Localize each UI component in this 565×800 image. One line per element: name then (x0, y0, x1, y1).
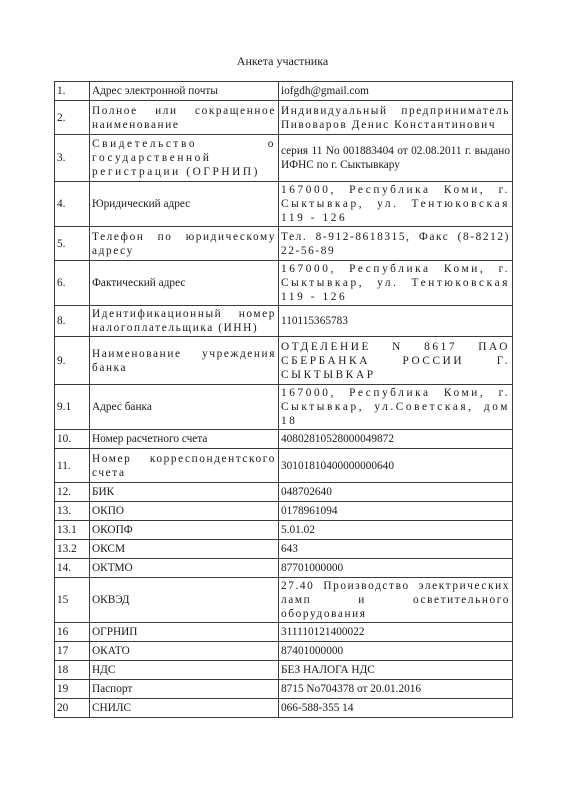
field-label: ОКВЭД (90, 578, 279, 623)
field-value: 8715 No704378 от 20.01.2016 (279, 680, 513, 699)
field-value: Тел. 8-912-8618315, Факс (8-8212) 22-56-… (279, 227, 513, 261)
field-value: 0178961094 (279, 502, 513, 521)
row-number: 14. (55, 559, 90, 578)
field-value: 27.40 Производство электрических ламп и … (279, 578, 513, 623)
field-value: ОТДЕЛЕНИЕ N 8617 ПАО СБЕРБАНКА РОССИИ Г.… (279, 337, 513, 385)
field-value: 167000, Республика Коми, г. Сыктывкар, у… (279, 385, 513, 430)
table-row: 18НДСБЕЗ НАЛОГА НДС (55, 661, 513, 680)
table-row: 17ОКАТО87401000000 (55, 642, 513, 661)
field-label: Наименование учреждения банка (90, 337, 279, 385)
row-number: 1. (55, 82, 90, 101)
row-number: 13. (55, 502, 90, 521)
document-title: Анкета участника (0, 54, 565, 68)
row-number: 9. (55, 337, 90, 385)
field-label: Фактический адрес (90, 261, 279, 306)
row-number: 8. (55, 306, 90, 337)
field-label: ОКТМО (90, 559, 279, 578)
row-number: 11. (55, 449, 90, 483)
row-number: 10. (55, 430, 90, 449)
table-row: 16ОГРНИП311110121400022 (55, 623, 513, 642)
field-label: ОКОПФ (90, 521, 279, 540)
field-label: Телефон по юридическому адресу (90, 227, 279, 261)
field-label: Свидетельство о государственной регистра… (90, 135, 279, 182)
field-label: Номер расчетного счета (90, 430, 279, 449)
field-value: 048702640 (279, 483, 513, 502)
field-value: 643 (279, 540, 513, 559)
field-value: 30101810400000000640 (279, 449, 513, 483)
row-number: 3. (55, 135, 90, 182)
table-row: 5.Телефон по юридическому адресуТел. 8-9… (55, 227, 513, 261)
row-number: 16 (55, 623, 90, 642)
field-value: 87701000000 (279, 559, 513, 578)
field-label: Адрес банка (90, 385, 279, 430)
table-row: 9.1Адрес банка167000, Республика Коми, г… (55, 385, 513, 430)
field-label: ОКСМ (90, 540, 279, 559)
field-label: НДС (90, 661, 279, 680)
field-label: БИК (90, 483, 279, 502)
row-number: 17 (55, 642, 90, 661)
field-label: Полное или сокращенное наименование (90, 101, 279, 135)
row-number: 15 (55, 578, 90, 623)
row-number: 5. (55, 227, 90, 261)
table-row: 13.1ОКОПФ5.01.02 (55, 521, 513, 540)
table-row: 2.Полное или сокращенное наименованиеИнд… (55, 101, 513, 135)
field-value: Индивидуальный предприниматель Пивоваров… (279, 101, 513, 135)
row-number: 18 (55, 661, 90, 680)
field-value: 87401000000 (279, 642, 513, 661)
row-number: 6. (55, 261, 90, 306)
row-number: 9.1 (55, 385, 90, 430)
row-number: 19 (55, 680, 90, 699)
field-value: 110115365783 (279, 306, 513, 337)
table-row: 13.2ОКСМ643 (55, 540, 513, 559)
table-row: 19Паспорт8715 No704378 от 20.01.2016 (55, 680, 513, 699)
field-label: Номер корреспондентского счета (90, 449, 279, 483)
field-value: серия 11 No 001883404 от 02.08.2011 г. в… (279, 135, 513, 182)
row-number: 2. (55, 101, 90, 135)
field-value: 5.01.02 (279, 521, 513, 540)
field-value: 311110121400022 (279, 623, 513, 642)
field-label: Паспорт (90, 680, 279, 699)
table-row: 20СНИЛС066-588-355 14 (55, 699, 513, 718)
table-row: 14.ОКТМО87701000000 (55, 559, 513, 578)
field-label: Юридический адрес (90, 182, 279, 227)
table-row: 6.Фактический адрес167000, Республика Ко… (55, 261, 513, 306)
table-row: 9.Наименование учреждения банкаОТДЕЛЕНИЕ… (55, 337, 513, 385)
table-row: 1.Адрес электронной почтыiofgdh@gmail.co… (55, 82, 513, 101)
table-row: 12.БИК048702640 (55, 483, 513, 502)
table-row: 13.ОКПО0178961094 (55, 502, 513, 521)
table-row: 8.Идентификационный номер налогоплательщ… (55, 306, 513, 337)
field-value: iofgdh@gmail.com (279, 82, 513, 101)
row-number: 4. (55, 182, 90, 227)
table-row: 4.Юридический адрес167000, Республика Ко… (55, 182, 513, 227)
row-number: 12. (55, 483, 90, 502)
table-row: 3.Свидетельство о государственной регист… (55, 135, 513, 182)
field-label: ОКПО (90, 502, 279, 521)
field-label: Адрес электронной почты (90, 82, 279, 101)
field-value: 167000, Республика Коми, г. Сыктывкар, у… (279, 261, 513, 306)
field-label: ОКАТО (90, 642, 279, 661)
table-row: 15ОКВЭД27.40 Производство электрических … (55, 578, 513, 623)
table-row: 11.Номер корреспондентского счета3010181… (55, 449, 513, 483)
row-number: 13.2 (55, 540, 90, 559)
participant-form-table: 1.Адрес электронной почтыiofgdh@gmail.co… (54, 81, 513, 718)
row-number: 20 (55, 699, 90, 718)
field-value: 167000, Республика Коми, г. Сыктывкар, у… (279, 182, 513, 227)
field-label: ОГРНИП (90, 623, 279, 642)
row-number: 13.1 (55, 521, 90, 540)
field-label: Идентификационный номер налогоплательщик… (90, 306, 279, 337)
field-label: СНИЛС (90, 699, 279, 718)
field-value: БЕЗ НАЛОГА НДС (279, 661, 513, 680)
field-value: 066-588-355 14 (279, 699, 513, 718)
field-value: 40802810528000049872 (279, 430, 513, 449)
table-row: 10.Номер расчетного счета408028105280000… (55, 430, 513, 449)
